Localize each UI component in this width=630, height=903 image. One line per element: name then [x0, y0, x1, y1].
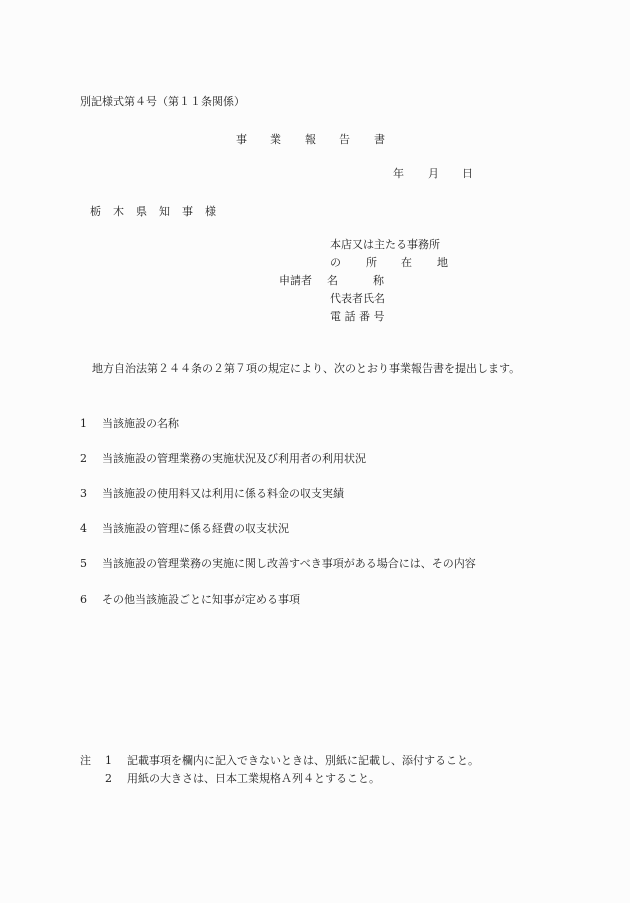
office-label: 本店又は主たる事務所 [330, 238, 440, 252]
item-text: 当該施設の使用料又は利用に係る料金の収支実績 [102, 487, 344, 500]
addressee-char: 事 [182, 205, 193, 219]
addressee-char: 栃 [90, 205, 101, 219]
report-item: 3当該施設の使用料又は利用に係る料金の収支実績 [80, 487, 344, 501]
title-char: 書 [374, 133, 385, 147]
representative-label: 代表者氏名 [330, 292, 385, 306]
location-label-char: の [330, 256, 341, 270]
notes-label: 注 [80, 754, 91, 768]
applicant-field-phone: 電 話 番 号 [0, 310, 630, 326]
item-number: 5 [80, 557, 102, 571]
phone-label: 電 話 番 号 [330, 310, 385, 324]
title-char: 報 [305, 133, 316, 147]
item-text: その他当該施設ごとに知事が定める事項 [102, 593, 300, 606]
date-day-label: 日 [462, 167, 473, 181]
report-item: 4当該施設の管理に係る経費の収支状況 [80, 522, 289, 536]
note-number: 1 [105, 754, 127, 768]
report-item: 2当該施設の管理業務の実施状況及び利用者の利用状況 [80, 452, 366, 466]
item-number: 4 [80, 522, 102, 536]
report-item: 1当該施設の名称 [80, 417, 179, 431]
item-text: 当該施設の名称 [102, 417, 179, 430]
item-text: 当該施設の管理業務の実施状況及び利用者の利用状況 [102, 452, 366, 465]
note-entry: 1記載事項を欄内に記入できないときは、別紙に記載し、添付すること。 [105, 754, 479, 768]
title-char: 事 [236, 133, 247, 147]
item-number: 3 [80, 487, 102, 501]
form-number: 別記様式第４号（第１１条関係） [80, 95, 245, 109]
applicant-role-label: 申請者 [279, 274, 312, 288]
name-label-char: 称 [373, 274, 384, 288]
item-number: 6 [80, 593, 102, 607]
location-label-char: 所 [366, 256, 377, 270]
title-char: 告 [339, 133, 350, 147]
applicant-field-representative: 代表者氏名 [0, 292, 630, 308]
item-text: 当該施設の管理業務の実施に関し改善すべき事項がある場合には、その内容 [102, 557, 476, 570]
addressee-char: 木 [113, 205, 124, 219]
date-year-label: 年 [393, 167, 404, 181]
applicant-field-name: 申請者 名 称 [0, 274, 630, 290]
title-char: 業 [270, 133, 281, 147]
report-item: 5当該施設の管理業務の実施に関し改善すべき事項がある場合には、その内容 [80, 557, 476, 571]
addressee-char: 県 [136, 205, 147, 219]
note-number: 2 [105, 772, 127, 786]
item-number: 2 [80, 452, 102, 466]
item-number: 1 [80, 417, 102, 431]
applicant-field-office: 本店又は主たる事務所 [0, 238, 630, 254]
note-text: 記載事項を欄内に記入できないときは、別紙に記載し、添付すること。 [127, 754, 479, 767]
note-entry: 2用紙の大きさは、日本工業規格Ａ列４とすること。 [105, 772, 380, 786]
applicant-field-location: の 所 在 地 [0, 256, 630, 272]
item-text: 当該施設の管理に係る経費の収支状況 [102, 522, 289, 535]
report-item: 6その他当該施設ごとに知事が定める事項 [80, 593, 300, 607]
addressee-char: 知 [159, 205, 170, 219]
name-label-char: 名 [327, 274, 338, 288]
addressee-char: 様 [205, 205, 216, 219]
location-label-char: 在 [401, 256, 412, 270]
date-month-label: 月 [428, 167, 439, 181]
body-text: 地方自治法第２４４条の２第７項の規定により、次のとおり事業報告書を提出します。 [92, 362, 520, 376]
location-label-char: 地 [437, 256, 448, 270]
note-text: 用紙の大きさは、日本工業規格Ａ列４とすること。 [127, 772, 380, 785]
